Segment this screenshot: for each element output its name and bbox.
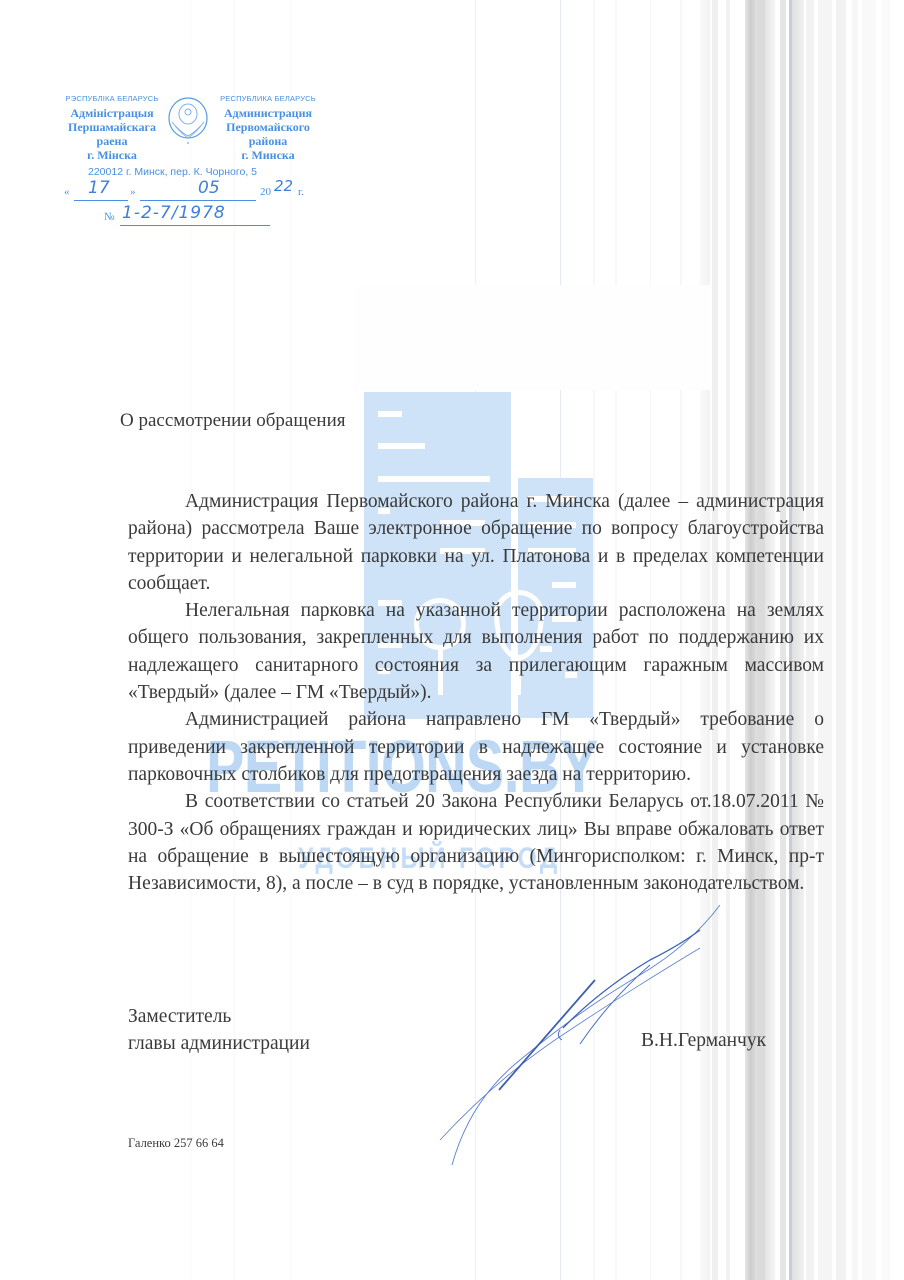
stamp-date: « 17 » 05 20 22 г. xyxy=(58,180,328,202)
stamp-outgoing-number: № 1-2-7/1978 xyxy=(104,205,334,227)
paragraph-2: Нелегальная парковка на указанной террит… xyxy=(128,597,824,706)
signatory-title: Заместитель главы администрации xyxy=(128,1003,310,1057)
scanned-letter-page: PETITIONS.BY УДОБНЫЙ ГОРОД РЭСПУБЛІКА БЕ… xyxy=(0,0,904,1280)
paragraph-1: Администрация Первомайского района г. Ми… xyxy=(128,488,824,597)
signatory-name: В.Н.Германчук xyxy=(641,1030,766,1052)
redacted-recipient-block xyxy=(355,285,710,390)
date-year: 22 xyxy=(274,177,293,195)
letter-subject: О рассмотрении обращения xyxy=(120,410,346,432)
belarus-coat-of-arms-icon xyxy=(166,96,210,144)
executor-contact: Галенко 257 66 64 xyxy=(128,1136,224,1151)
date-day: 17 xyxy=(88,178,110,198)
date-month: 05 xyxy=(198,178,220,198)
letter-body: Администрация Первомайского района г. Ми… xyxy=(128,488,824,897)
stamp-russian-side: РЕСПУБЛИКА БЕЛАРУСЬ Администрация Первом… xyxy=(218,92,318,162)
outgoing-number: 1-2-7/1978 xyxy=(122,203,226,223)
stamp-belarusian-side: РЭСПУБЛІКА БЕЛАРУСЬ Адміністрацыя Першам… xyxy=(62,92,162,162)
stamp-address: 220012 г. Минск, пер. К. Чорного, 5 xyxy=(88,166,338,178)
paragraph-3: Администрацией района направлено ГМ «Тве… xyxy=(128,706,824,788)
paragraph-4: В соответствии со статьей 20 Закона Респ… xyxy=(128,788,824,897)
